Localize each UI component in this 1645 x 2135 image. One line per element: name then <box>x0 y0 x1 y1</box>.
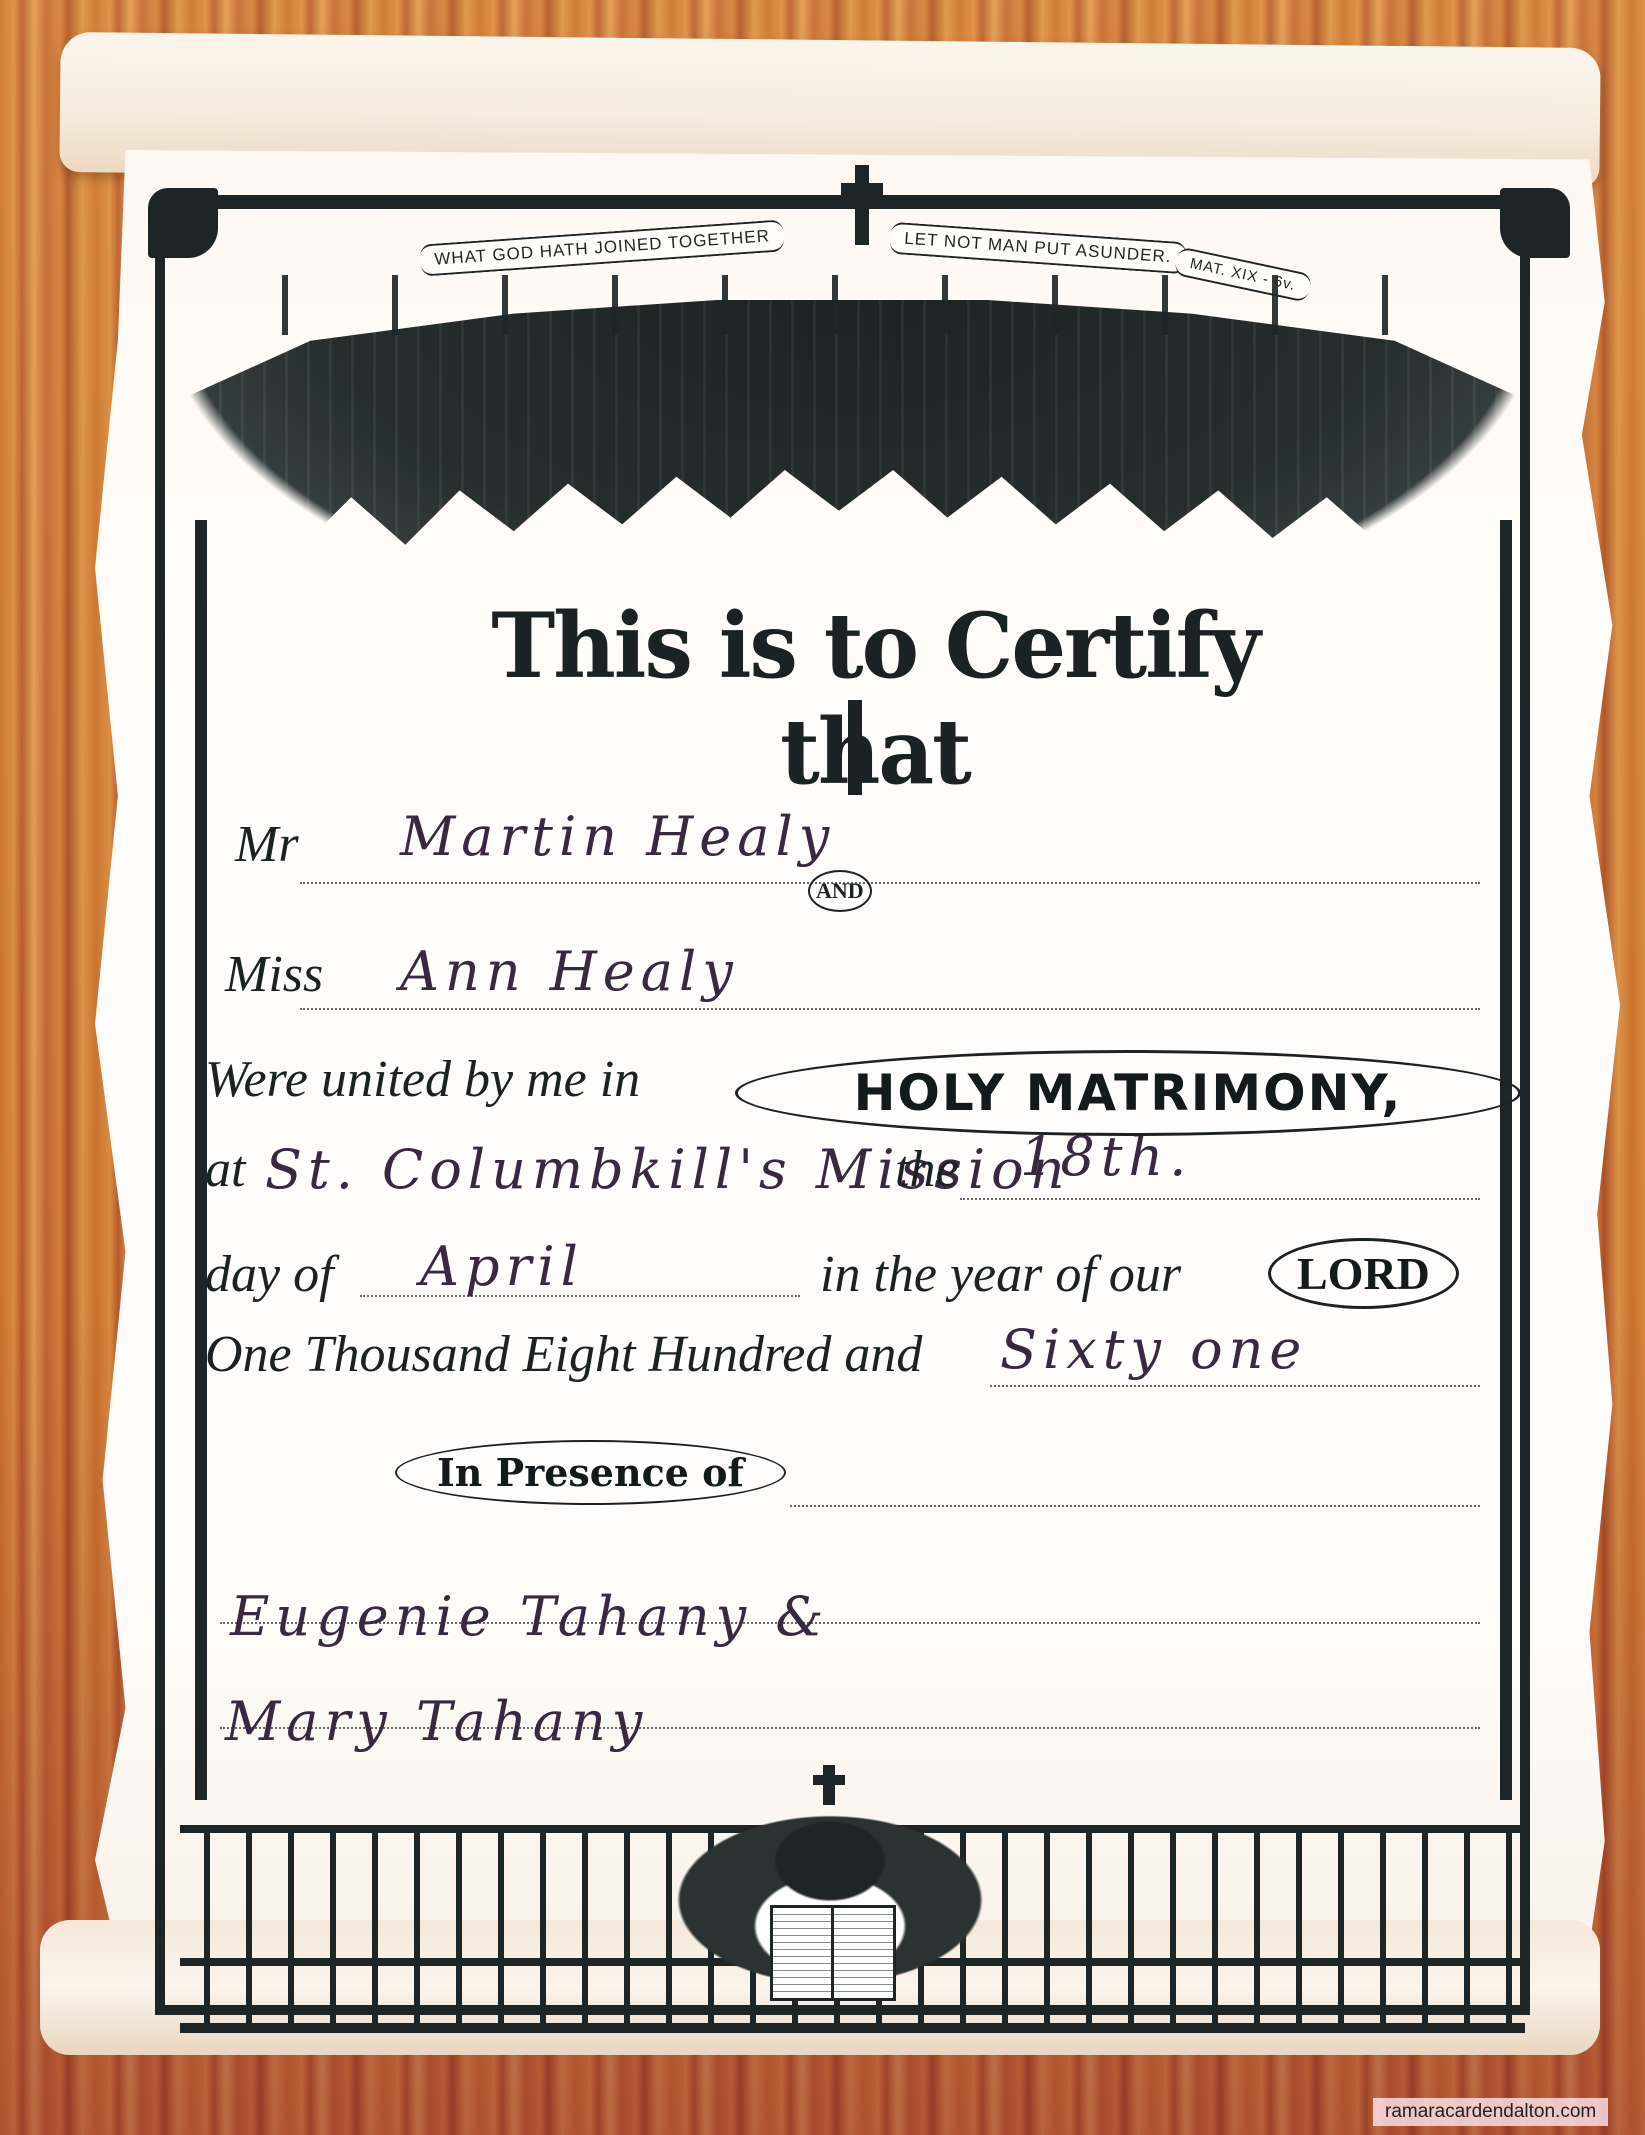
groom-name-rule <box>300 882 1480 884</box>
open-book-icon <box>770 1905 896 2001</box>
corner-ornament-icon <box>148 188 218 258</box>
holy-matrimony-text: HOLY MATRIMONY, <box>854 1064 1403 1122</box>
year-of-our-text: in the year of our <box>820 1245 1181 1304</box>
site-watermark: ramaracardendalton.com <box>1373 2098 1608 2126</box>
certificate-heading: This is to Certify that <box>440 593 1310 805</box>
corner-ornament-icon <box>1500 188 1570 258</box>
in-presence-of-label: In Presence of <box>395 1440 786 1505</box>
groom-name: Martin Healy <box>400 805 835 868</box>
bride-prefix: Miss <box>225 945 323 1004</box>
place-the-text: the <box>895 1140 959 1199</box>
witness-rule-1 <box>790 1505 1480 1507</box>
day-of-text: day of <box>205 1245 334 1304</box>
witness-1-name: Eugenie Tahany & <box>230 1585 829 1648</box>
groom-prefix: Mr <box>235 815 299 874</box>
fence-finials-ornament <box>230 275 1450 335</box>
cross-icon <box>823 1765 835 1805</box>
bride-name-rule <box>300 1008 1480 1010</box>
witness-2-name: Mary Tahany <box>225 1690 648 1753</box>
united-text: Were united by me in <box>205 1050 640 1109</box>
place-at-text: at <box>205 1140 245 1199</box>
year-value: Sixty one <box>1000 1318 1307 1381</box>
month-value: April <box>420 1235 584 1298</box>
bride-name: Ann Healy <box>400 940 739 1003</box>
and-badge: AND <box>808 870 872 912</box>
year-rule <box>990 1385 1480 1387</box>
year-printed-text: One Thousand Eight Hundred and <box>205 1325 922 1384</box>
holy-matrimony-cartouche: HOLY MATRIMONY, <box>735 1050 1521 1136</box>
lord-cartouche: LORD <box>1268 1238 1459 1309</box>
cross-icon <box>855 165 869 245</box>
right-column-ornament <box>1500 520 1512 1800</box>
